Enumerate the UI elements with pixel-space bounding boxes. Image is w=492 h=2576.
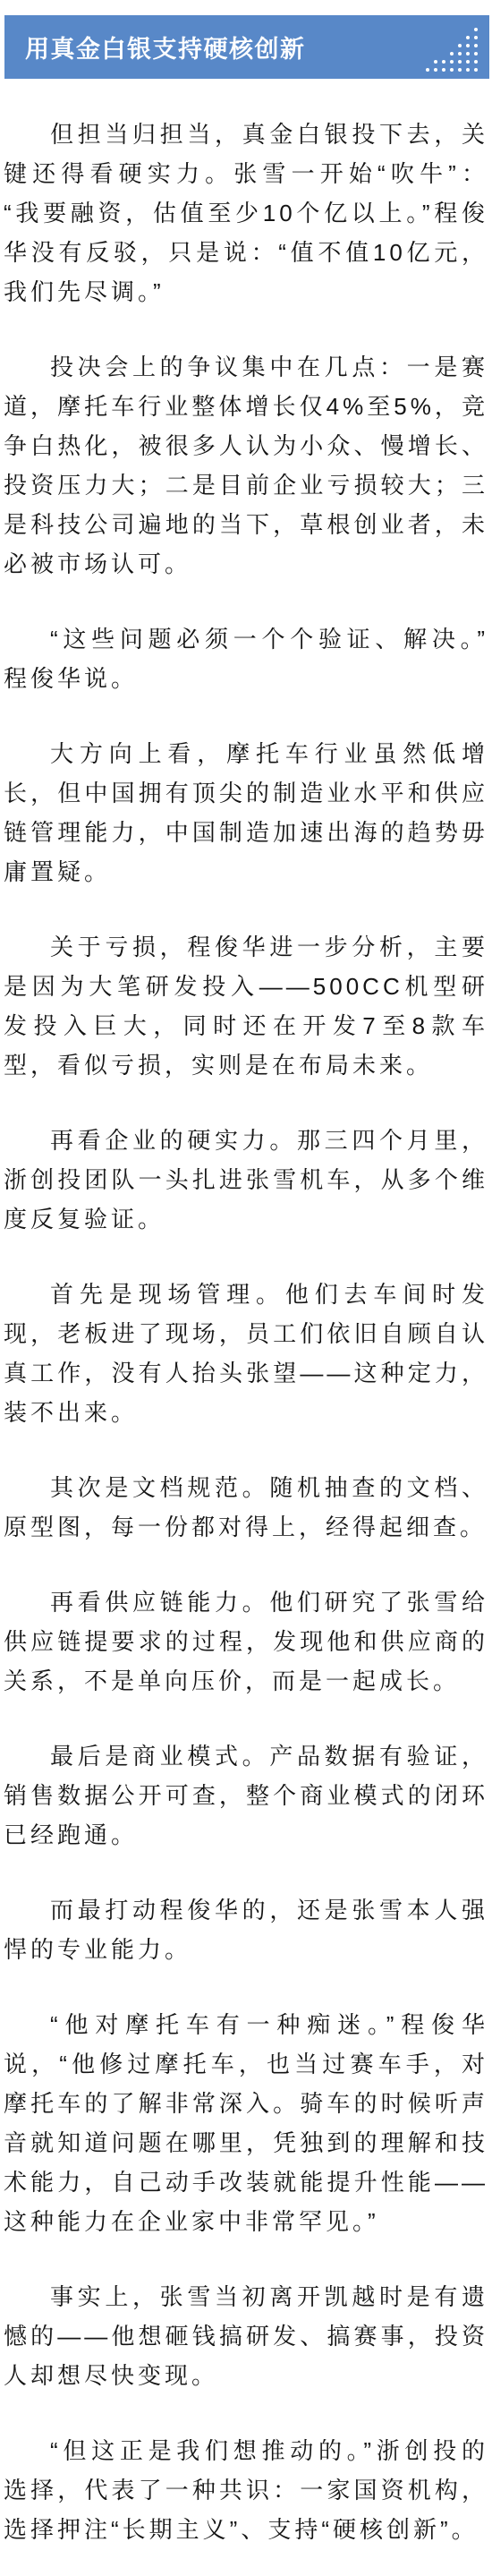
paragraph: 关于亏损，程俊华进一步分析，主要是因为大笔研发投入——500CC机型研发投入巨大… bbox=[4, 927, 488, 1085]
dot-row bbox=[434, 60, 478, 64]
page-title: 用真金白银支持硬核创新 bbox=[4, 30, 306, 64]
paragraph: “他对摩托车有一种痴迷。”程俊华说，“他修过摩托车，也当过赛车手，对摩托车的了解… bbox=[4, 2005, 488, 2241]
paragraph: 其次是文档规范。随机抽查的文档、原型图，每一份都对得上，经得起细查。 bbox=[4, 1468, 488, 1547]
paragraph: “但这正是我们想推动的。”浙创投的选择，代表了一种共识：一家国资机构，选择押注“… bbox=[4, 2431, 488, 2549]
dot bbox=[466, 44, 470, 47]
paragraph: 事实上，张雪当初离开凯越时是有遗憾的——他想砸钱搞研发、搞赛事，投资人却想尽快变… bbox=[4, 2277, 488, 2395]
paragraph: 投决会上的争议集中在几点：一是赛道，摩托车行业整体增长仅4%至5%，竞争白热化，… bbox=[4, 347, 488, 584]
paragraph: 但担当归担当，真金白银投下去，关键还得看硬实力。张雪一开始“吹牛”：“我要融资，… bbox=[4, 115, 488, 311]
dot bbox=[466, 60, 470, 64]
paragraph: 最后是商业模式。产品数据有验证，销售数据公开可查，整个商业模式的闭环已经跑通。 bbox=[4, 1736, 488, 1855]
dot bbox=[474, 28, 478, 31]
dot-row bbox=[466, 36, 478, 39]
dot bbox=[474, 44, 478, 47]
dot bbox=[426, 68, 429, 72]
dot-row bbox=[474, 28, 478, 31]
dot bbox=[458, 52, 462, 55]
dot bbox=[474, 60, 478, 64]
dot bbox=[458, 44, 462, 47]
paragraph: “这些问题必须一个个验证、解决。”程俊华说。 bbox=[4, 619, 488, 698]
dot bbox=[450, 68, 454, 72]
dot bbox=[434, 68, 437, 72]
dot bbox=[466, 68, 470, 72]
article-header: 用真金白银支持硬核创新 bbox=[4, 15, 489, 79]
dot bbox=[450, 52, 454, 55]
dot bbox=[474, 52, 478, 55]
article-body: 但担当归担当，真金白银投下去，关键还得看硬实力。张雪一开始“吹牛”：“我要融资，… bbox=[0, 115, 492, 2572]
article-page: 用真金白银支持硬核创新 但担当归担当，真金白银投下去，关键还得看硬实力。张雪一开… bbox=[0, 15, 492, 2572]
paragraph: 而最打动程俊华的，还是张雪本人强悍的专业能力。 bbox=[4, 1890, 488, 1969]
dot bbox=[434, 60, 437, 64]
dot bbox=[458, 60, 462, 64]
paragraph: 再看企业的硬实力。那三四个月里，浙创投团队一头扎进张雪机车，从多个维度反复验证。 bbox=[4, 1121, 488, 1239]
dot bbox=[474, 36, 478, 39]
dot bbox=[450, 60, 454, 64]
dot-row bbox=[450, 52, 478, 55]
dot bbox=[466, 52, 470, 55]
dot bbox=[474, 68, 478, 72]
dot bbox=[442, 60, 445, 64]
dot bbox=[458, 68, 462, 72]
paragraph: 首先是现场管理。他们去车间时发现，老板进了现场，员工们依旧自顾自认真工作，没有人… bbox=[4, 1275, 488, 1432]
dot bbox=[442, 68, 445, 72]
dots-decoration-icon bbox=[426, 28, 478, 72]
dot-row bbox=[458, 44, 478, 47]
dot bbox=[466, 36, 470, 39]
dot-row bbox=[426, 68, 478, 72]
paragraph: 大方向上看，摩托车行业虽然低增长，但中国拥有顶尖的制造业水平和供应链管理能力，中… bbox=[4, 734, 488, 891]
paragraph: 再看供应链能力。他们研究了张雪给供应链提要求的过程，发现他和供应商的关系，不是单… bbox=[4, 1582, 488, 1701]
